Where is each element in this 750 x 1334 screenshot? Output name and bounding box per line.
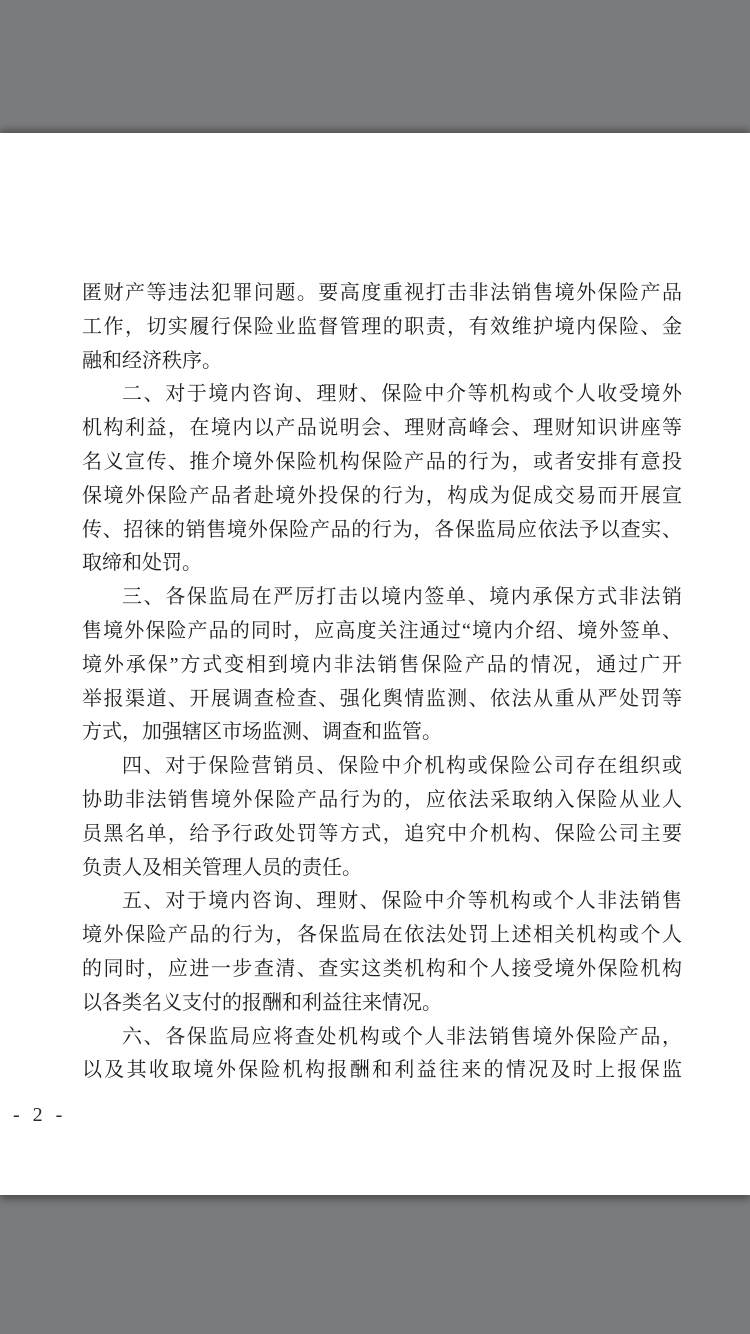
text-line: 工作，切实履行保险业监督管理的职责，有效维护境内保险、金 — [82, 311, 682, 345]
text-line: 员黑名单，给予行政处罚等方式，追究中介机构、保险公司主要 — [82, 818, 682, 852]
text-line: 名义宣传、推介境外保险机构保险产品的行为，或者安排有意投 — [82, 446, 682, 480]
text-line: 方式，加强辖区市场监测、调查和监管。 — [82, 716, 682, 750]
text-line: 取缔和处罚。 — [82, 547, 682, 581]
text-line: 以各类名义支付的报酬和利益往来情况。 — [82, 987, 682, 1021]
document-body: 匿财产等违法犯罪问题。要高度重视打击非法销售境外保险产品工作，切实履行保险业监督… — [0, 133, 750, 1088]
document-viewer-screen: 匿财产等违法犯罪问题。要高度重视打击非法销售境外保险产品工作，切实履行保险业监督… — [0, 0, 750, 1334]
paragraph: 二、对于境内咨询、理财、保险中介等机构或个人收受境外机构利益，在境内以产品说明会… — [82, 378, 682, 581]
text-line: 六、各保监局应将查处机构或个人非法销售境外保险产品， — [82, 1021, 682, 1055]
paragraph: 四、对于保险营销员、保险中介机构或保险公司存在组织或协助非法销售境外保险产品行为… — [82, 750, 682, 885]
paragraph: 匿财产等违法犯罪问题。要高度重视打击非法销售境外保险产品工作，切实履行保险业监督… — [82, 277, 682, 378]
text-line: 二、对于境内咨询、理财、保险中介等机构或个人收受境外 — [82, 378, 682, 412]
text-line: 的同时，应进一步查清、查实这类机构和个人接受境外保险机构 — [82, 953, 682, 987]
text-line: 境外承保”方式变相到境内非法销售保险产品的情况，通过广开 — [82, 649, 682, 683]
text-line: 机构利益，在境内以产品说明会、理财高峰会、理财知识讲座等 — [82, 412, 682, 446]
text-line: 保境外保险产品者赴境外投保的行为，构成为促成交易而开展宣 — [82, 480, 682, 514]
text-line: 传、招徕的销售境外保险产品的行为，各保监局应依法予以查实、 — [82, 514, 682, 548]
text-line: 三、各保监局在严厉打击以境内签单、境内承保方式非法销 — [82, 581, 682, 615]
text-line: 售境外保险产品的同时，应高度关注通过“境内介绍、境外签单、 — [82, 615, 682, 649]
document-page[interactable]: 匿财产等违法犯罪问题。要高度重视打击非法销售境外保险产品工作，切实履行保险业监督… — [0, 133, 750, 1195]
text-line: 举报渠道、开展调查检查、强化舆情监测、依法从重从严处罚等 — [82, 683, 682, 717]
text-line: 匿财产等违法犯罪问题。要高度重视打击非法销售境外保险产品 — [82, 277, 682, 311]
text-line: 协助非法销售境外保险产品行为的，应依法采取纳入保险从业人 — [82, 784, 682, 818]
text-line: 融和经济秩序。 — [82, 345, 682, 379]
text-line: 以及其收取境外保险机构报酬和利益往来的情况及时上报保监 — [82, 1054, 682, 1088]
text-line: 负责人及相关管理人员的责任。 — [82, 852, 682, 886]
paragraph: 三、各保监局在严厉打击以境内签单、境内承保方式非法销售境外保险产品的同时，应高度… — [82, 581, 682, 750]
paragraph: 五、对于境内咨询、理财、保险中介等机构或个人非法销售境外保险产品的行为，各保监局… — [82, 885, 682, 1020]
text-line: 四、对于保险营销员、保险中介机构或保险公司存在组织或 — [82, 750, 682, 784]
text-line: 五、对于境内咨询、理财、保险中介等机构或个人非法销售 — [82, 885, 682, 919]
paragraph: 六、各保监局应将查处机构或个人非法销售境外保险产品，以及其收取境外保险机构报酬和… — [82, 1021, 682, 1089]
text-line: 境外保险产品的行为，各保监局在依法处罚上述相关机构或个人 — [82, 919, 682, 953]
page-number: - 2 - — [0, 1104, 750, 1127]
